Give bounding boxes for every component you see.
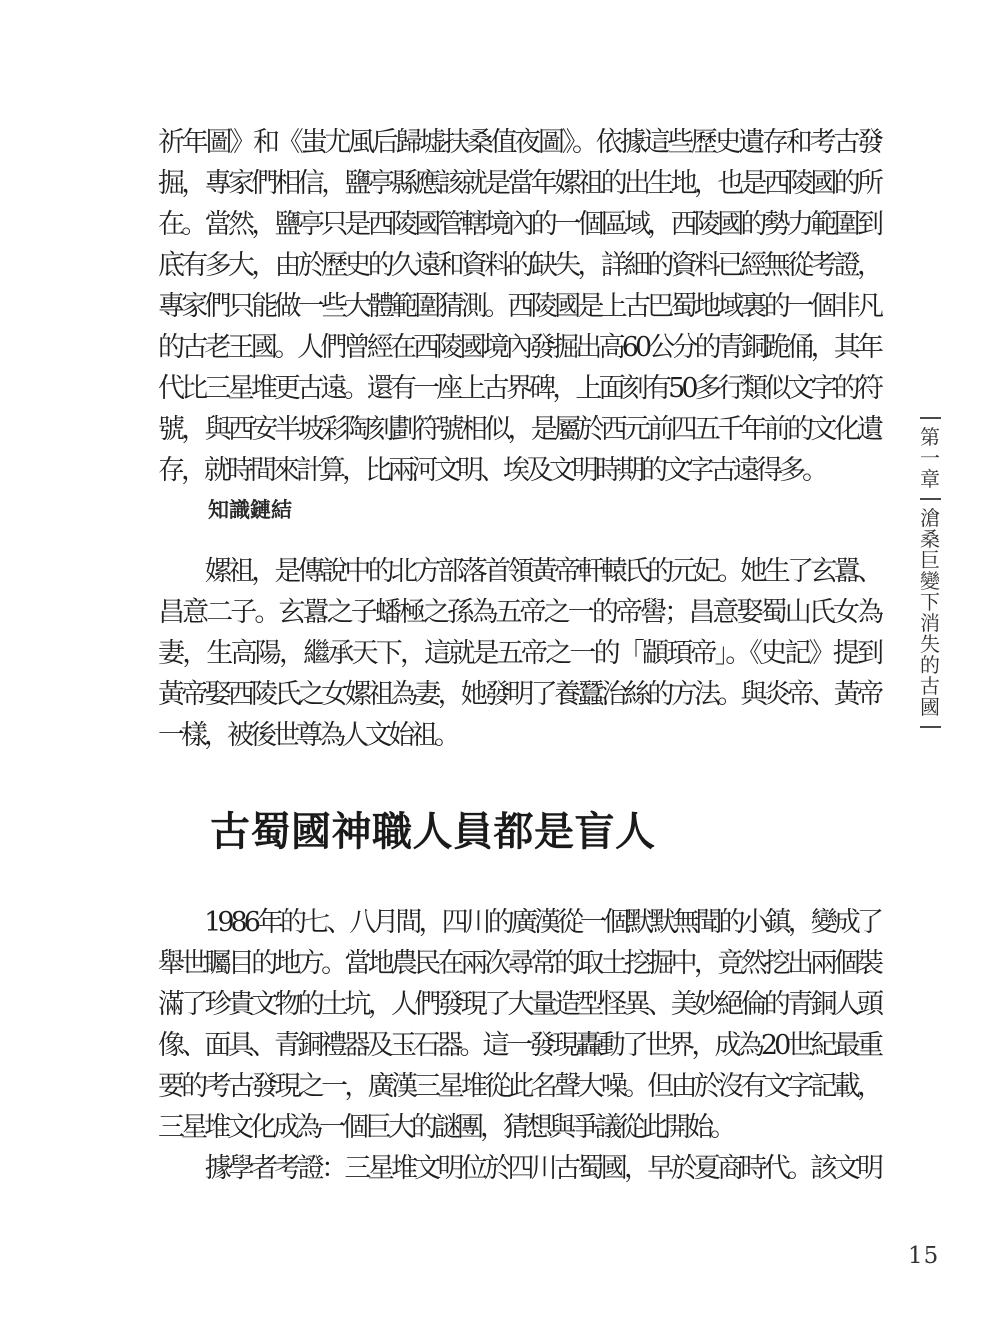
body-line: 掘，專家們相信，鹽亭縣應該就是當年嫘祖的出生地，也是西陵國的所 xyxy=(158,163,880,204)
section-heading: 古蜀國神職人員都是盲人 xyxy=(158,809,880,855)
body-line: 祈年圖》和《蚩尤風后歸墟扶桑值夜圖》。依據這些歷史遺存和考古發 xyxy=(158,122,880,163)
body-line: 1986年的七、八月間，四川的廣漢從一個默默無聞的小鎮，變成了 xyxy=(158,902,880,943)
sidebar-divider xyxy=(920,498,941,500)
chapter-title-vertical: 滄桑巨變下消失的古國 xyxy=(920,508,940,718)
vertical-char: 巨 xyxy=(920,550,940,571)
vertical-char: 消 xyxy=(920,613,940,634)
vertical-char: 桑 xyxy=(920,529,940,550)
sidebar-divider xyxy=(920,726,941,728)
body-line: 滿了珍貴文物的土坑，人們發現了大量造型怪異、美妙絕倫的青銅人頭 xyxy=(158,984,880,1025)
vertical-char: 國 xyxy=(920,697,940,718)
vertical-char: 滄 xyxy=(920,508,940,529)
body-line: 嫘祖，是傳說中的北方部落首領黃帝軒轅氏的元妃。她生了玄囂、 xyxy=(158,551,880,592)
paragraph-leizu: 嫘祖，是傳說中的北方部落首領黃帝軒轅氏的元妃。她生了玄囂、昌意二子。玄囂之子蟠極… xyxy=(158,551,880,756)
vertical-char: 變 xyxy=(920,571,940,592)
knowledge-link-heading: 知識鏈結 xyxy=(158,497,880,523)
body-line: 像、面具、青銅禮器及玉石器。這一發現轟動了世界，成為20世紀最重 xyxy=(158,1025,880,1066)
body-line: 存，就時間來計算，比兩河文明、埃及文明時期的文字古遠得多。 xyxy=(158,450,880,491)
body-line: 號，與西安半坡彩陶刻劃符號相似，是屬於西元前四五千年前的文化遺 xyxy=(158,409,880,450)
vertical-char: 失 xyxy=(920,634,940,655)
body-line: 要的考古發現之一，廣漢三星堆從此名聲大噪。但由於沒有文字記載， xyxy=(158,1066,880,1107)
book-page: 祈年圖》和《蚩尤風后歸墟扶桑值夜圖》。依據這些歷史遺存和考古發掘，專家們相信，鹽… xyxy=(0,0,1000,1341)
body-line: 舉世矚目的地方。當地農民在兩次尋常的取土挖掘中，竟然挖出兩個裝 xyxy=(158,943,880,984)
chapter-number-vertical: 第一章 xyxy=(920,427,940,490)
vertical-char: 一 xyxy=(920,448,940,469)
body-line: 妻，生高陽，繼承天下，這就是五帝之一的「顓頊帝」。《史記》提到 xyxy=(158,633,880,674)
vertical-char: 的 xyxy=(920,655,940,676)
chapter-sidebar: 第一章 滄桑巨變下消失的古國 xyxy=(915,409,945,736)
vertical-char: 古 xyxy=(920,676,940,697)
body-line: 三星堆文化成為一個巨大的謎團，猜想與爭議從此開始。 xyxy=(158,1107,880,1148)
vertical-char: 第 xyxy=(920,427,940,448)
body-line: 昌意二子。玄囂之子蟠極之孫為五帝之一的帝嚳；昌意娶蜀山氏女為 xyxy=(158,592,880,633)
body-line: 黃帝娶西陵氏之女嫘祖為妻，她發明了養蠶治絲的方法。與炎帝、黃帝 xyxy=(158,674,880,715)
paragraph-scholars: 據學者考證：三星堆文明位於四川古蜀國，早於夏商時代。該文明 xyxy=(158,1148,880,1189)
paragraph-west-ling: 祈年圖》和《蚩尤風后歸墟扶桑值夜圖》。依據這些歷史遺存和考古發掘，專家們相信，鹽… xyxy=(158,122,880,491)
body-line: 的古老王國。人們曾經在西陵國境內發掘出高60公分的青銅跪俑，其年 xyxy=(158,327,880,368)
body-line: 專家們只能做一些大體範圍猜測。西陵國是上古巴蜀地域裏的一個非凡 xyxy=(158,286,880,327)
body-line: 代比三星堆更古遠。還有一座上古界碑，上面刻有50多行類似文字的符 xyxy=(158,368,880,409)
body-line: 據學者考證：三星堆文明位於四川古蜀國，早於夏商時代。該文明 xyxy=(158,1148,880,1189)
vertical-char: 章 xyxy=(920,469,940,490)
sidebar-divider xyxy=(920,417,941,419)
vertical-char: 下 xyxy=(920,592,940,613)
main-text-column: 祈年圖》和《蚩尤風后歸墟扶桑值夜圖》。依據這些歷史遺存和考古發掘，專家們相信，鹽… xyxy=(158,122,880,1189)
body-line: 底有多大，由於歷史的久遠和資料的缺失，詳細的資料已經無從考證， xyxy=(158,245,880,286)
page-number: 15 xyxy=(908,1243,939,1269)
body-line: 在。當然，鹽亭只是西陵國管轄境內的一個區域，西陵國的勢力範圍到 xyxy=(158,204,880,245)
paragraph-sanxingdui: 1986年的七、八月間，四川的廣漢從一個默默無聞的小鎮，變成了舉世矚目的地方。當… xyxy=(158,902,880,1148)
body-line: 一樣，被後世尊為人文始祖。 xyxy=(158,715,880,756)
